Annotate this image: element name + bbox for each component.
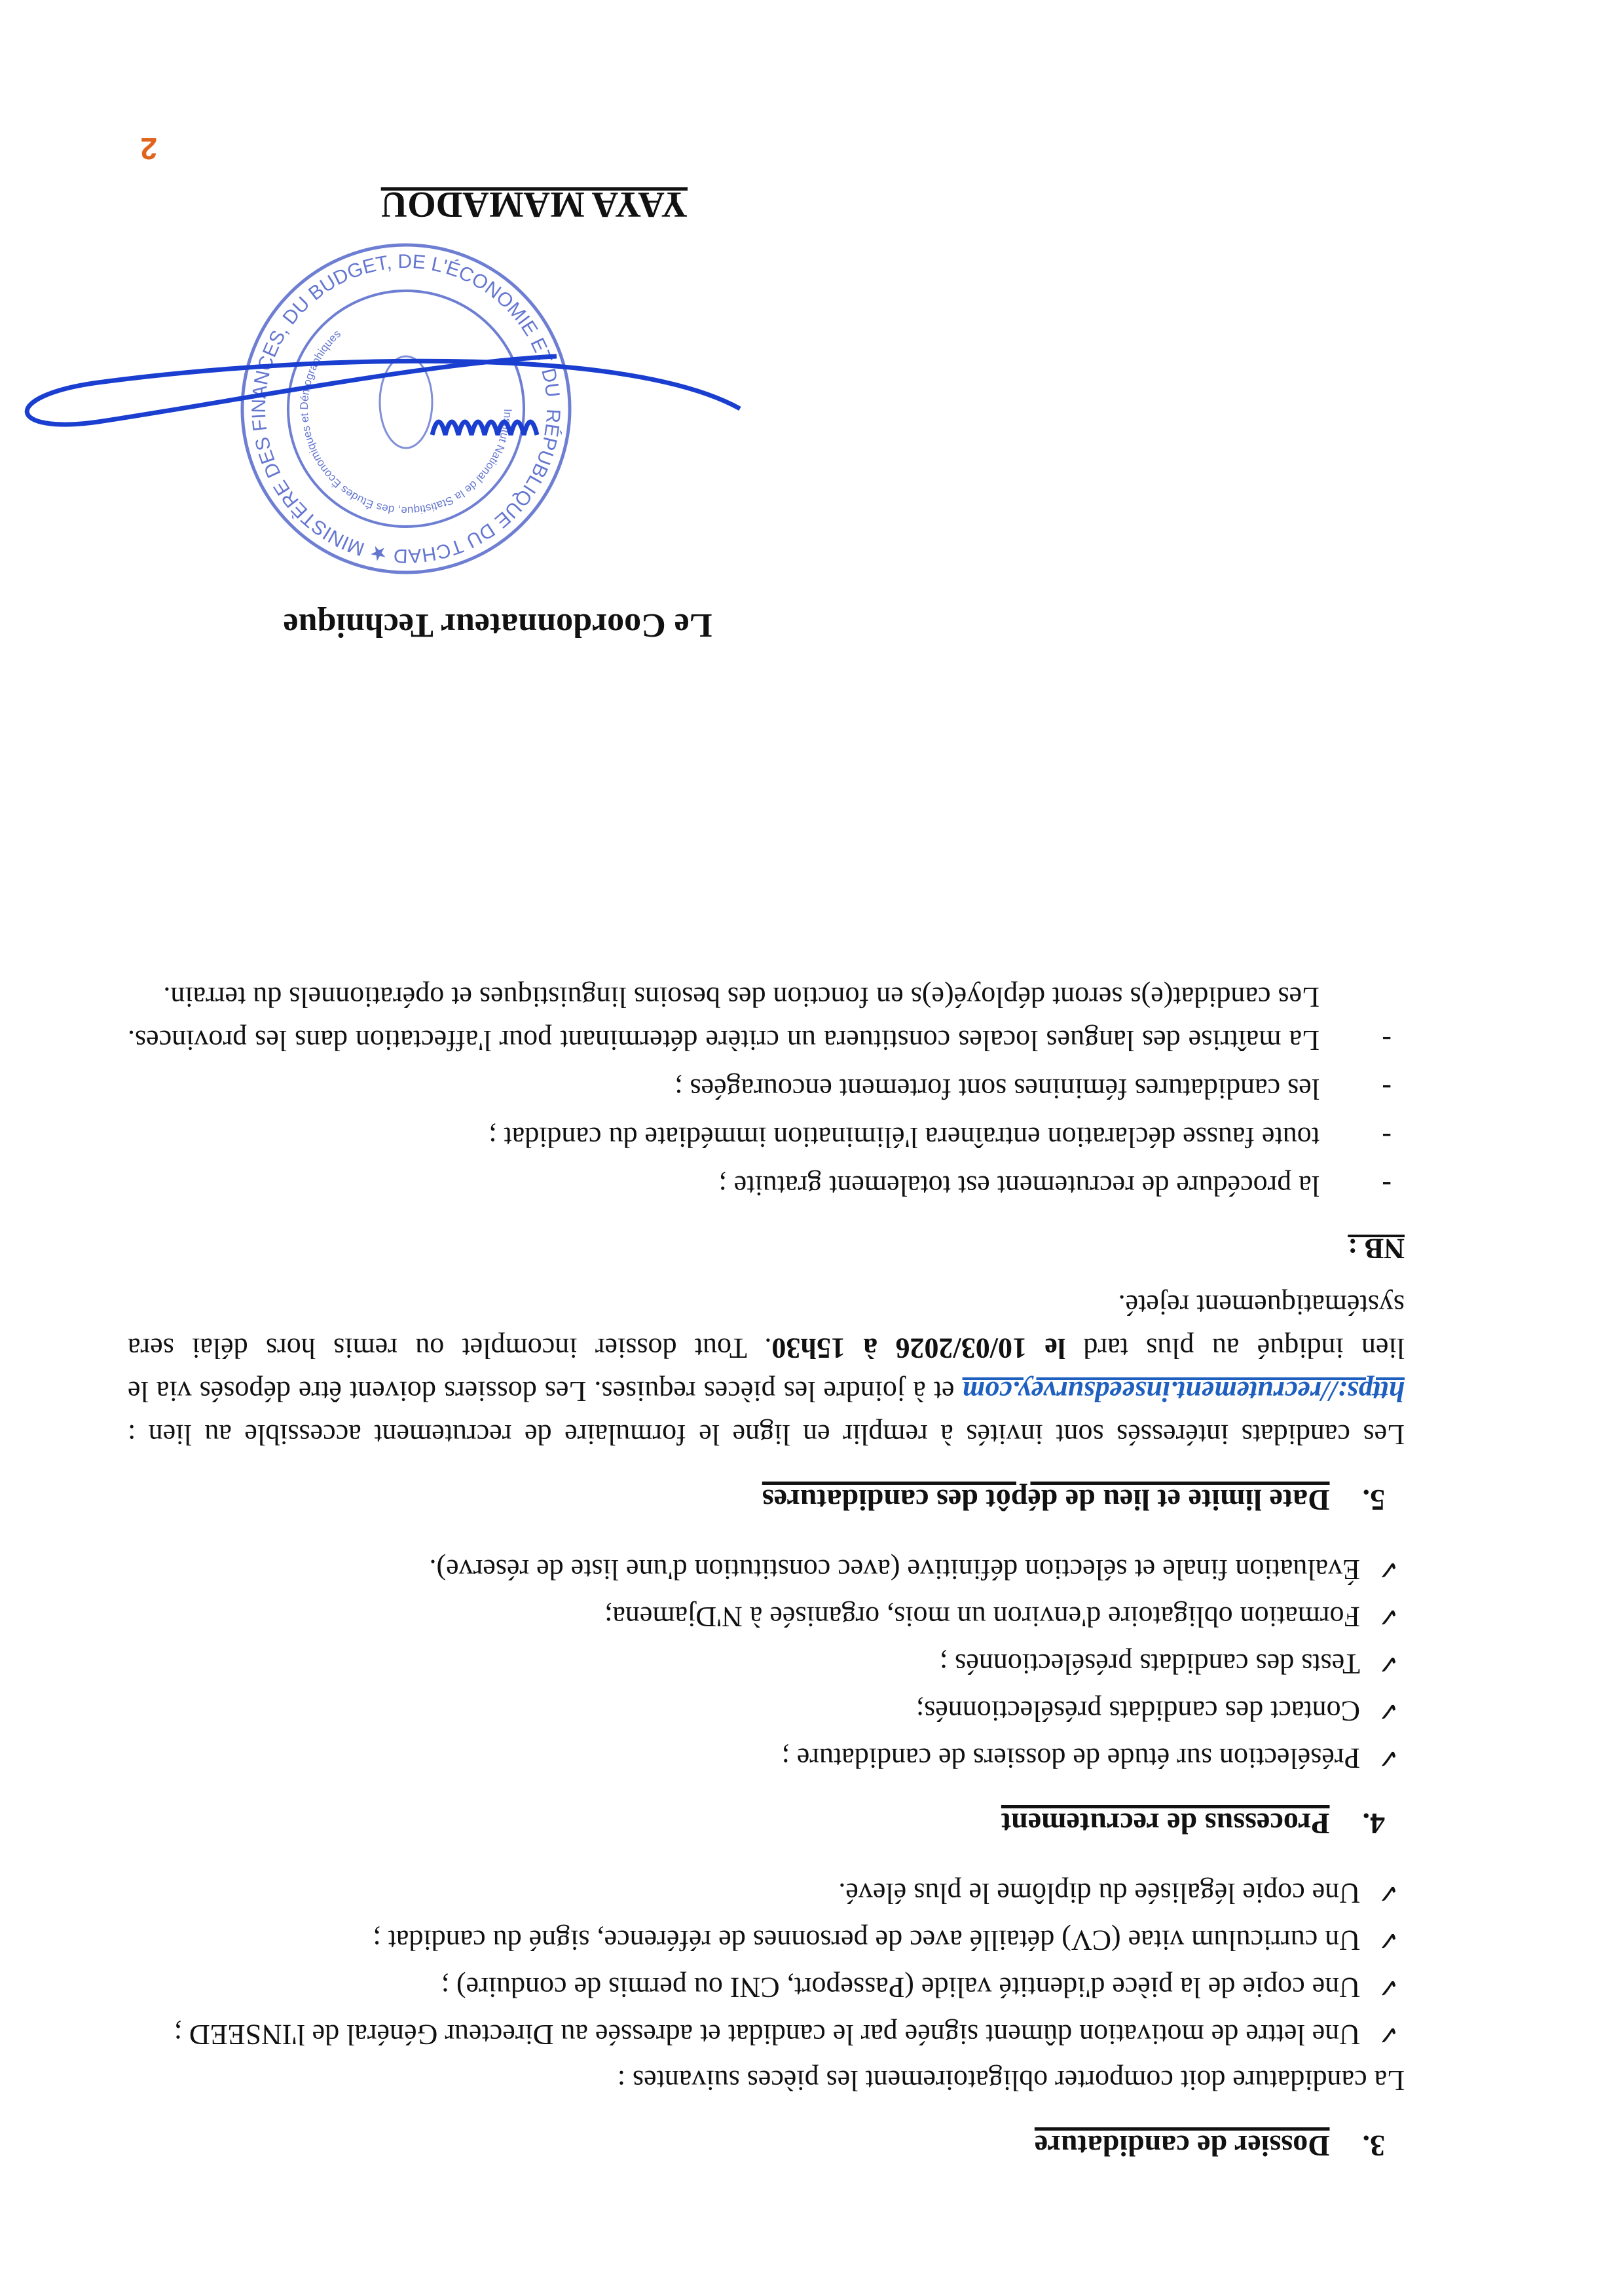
recruitment-process-list: ✓Présélection sur étude de dossiers de c… [128,1548,1405,1780]
checkmark-icon: ✓ [1360,1918,1405,1962]
list-item: ✓Un curriculum vitae (CV) détaillé avec … [128,1918,1405,1962]
checkmark-icon: ✓ [1360,1548,1405,1591]
list-item: -la procédure de recrutement est totalem… [128,1164,1405,1207]
recruitment-link[interactable]: https://recrutement.inseedsurvey.com [963,1375,1405,1408]
handwritten-signature-icon [0,330,753,461]
list-item: ✓Une copie légalisée du diplôme le plus … [128,1871,1405,1914]
section-title: Dossier de candidature [1035,2124,1330,2167]
section-3-heading: 3. Dossier de candidature [128,2124,1385,2167]
dash-bullet-icon: - [1319,1115,1405,1159]
nb-list: -la procédure de recrutement est totalem… [128,975,1405,1207]
dash-bullet-icon: - [1319,1067,1405,1110]
list-item: ✓Contact des candidats présélectionnés; [128,1689,1405,1732]
page-number: 2 [140,131,157,166]
signatory-name: YAYA MAMADOU [381,183,688,225]
dash-bullet-icon: - [1319,975,1405,1062]
section-title: Date limite et lieu de dépôt des candida… [762,1478,1330,1521]
signature-block: Le Coordonnateur Technique RÉPUBLIQUE DU… [203,606,792,644]
document-body: 3. Dossier de candidature La candidature… [128,970,1405,2167]
list-item: -La maîtrise des langues locales constit… [128,975,1405,1062]
list-item: ✓Une copie de la pièce d'identité valide… [128,1966,1405,2009]
section-3-intro: La candidature doit comporter obligatoir… [128,2059,1405,2102]
checkmark-icon: ✓ [1360,1595,1405,1638]
section-5-heading: 5. Date limite et lieu de dépôt des cand… [128,1478,1385,1521]
section-number: 4. [1363,1802,1386,1845]
section-title: Processus de recrutement [1001,1802,1330,1845]
list-item: -les candidatures féminines sont forteme… [128,1067,1405,1110]
nb-label: NB : [128,1227,1405,1270]
dash-bullet-icon: - [1319,1164,1405,1207]
section-4-heading: 4. Processus de recrutement [128,1802,1385,1845]
list-item: ✓Tests des candidats présélectionnés ; [128,1642,1405,1685]
list-item: -toute fausse déclaration entraînera l'é… [128,1115,1405,1159]
required-documents-list: ✓Une lettre de motivation dûment signée … [128,1871,1405,2056]
list-item: ✓Une lettre de motivation dûment signée … [128,2013,1405,2056]
checkmark-icon: ✓ [1360,1642,1405,1685]
paragraph-text: Les candidats intéressés sont invités à … [128,1419,1405,1451]
checkmark-icon: ✓ [1360,1966,1405,2009]
submission-paragraph: Les candidats intéressés sont invités à … [128,1283,1405,1456]
checkmark-icon: ✓ [1360,1871,1405,1914]
checkmark-icon: ✓ [1360,1736,1405,1780]
checkmark-icon: ✓ [1360,2013,1405,2056]
signatory-title: Le Coordonnateur Technique [203,606,792,644]
document-page: 3. Dossier de candidature La candidature… [0,0,1624,2295]
list-item: ✓Évaluation finale et sélection définiti… [128,1548,1405,1591]
section-number: 3. [1363,2124,1386,2167]
deadline: le 10/03/2026 à 15h30 [771,1332,1065,1364]
section-number: 5. [1363,1478,1386,1521]
list-item: ✓Formation obligatoire d'environ un mois… [128,1595,1405,1638]
checkmark-icon: ✓ [1360,1689,1405,1732]
list-item: ✓Présélection sur étude de dossiers de c… [128,1736,1405,1780]
